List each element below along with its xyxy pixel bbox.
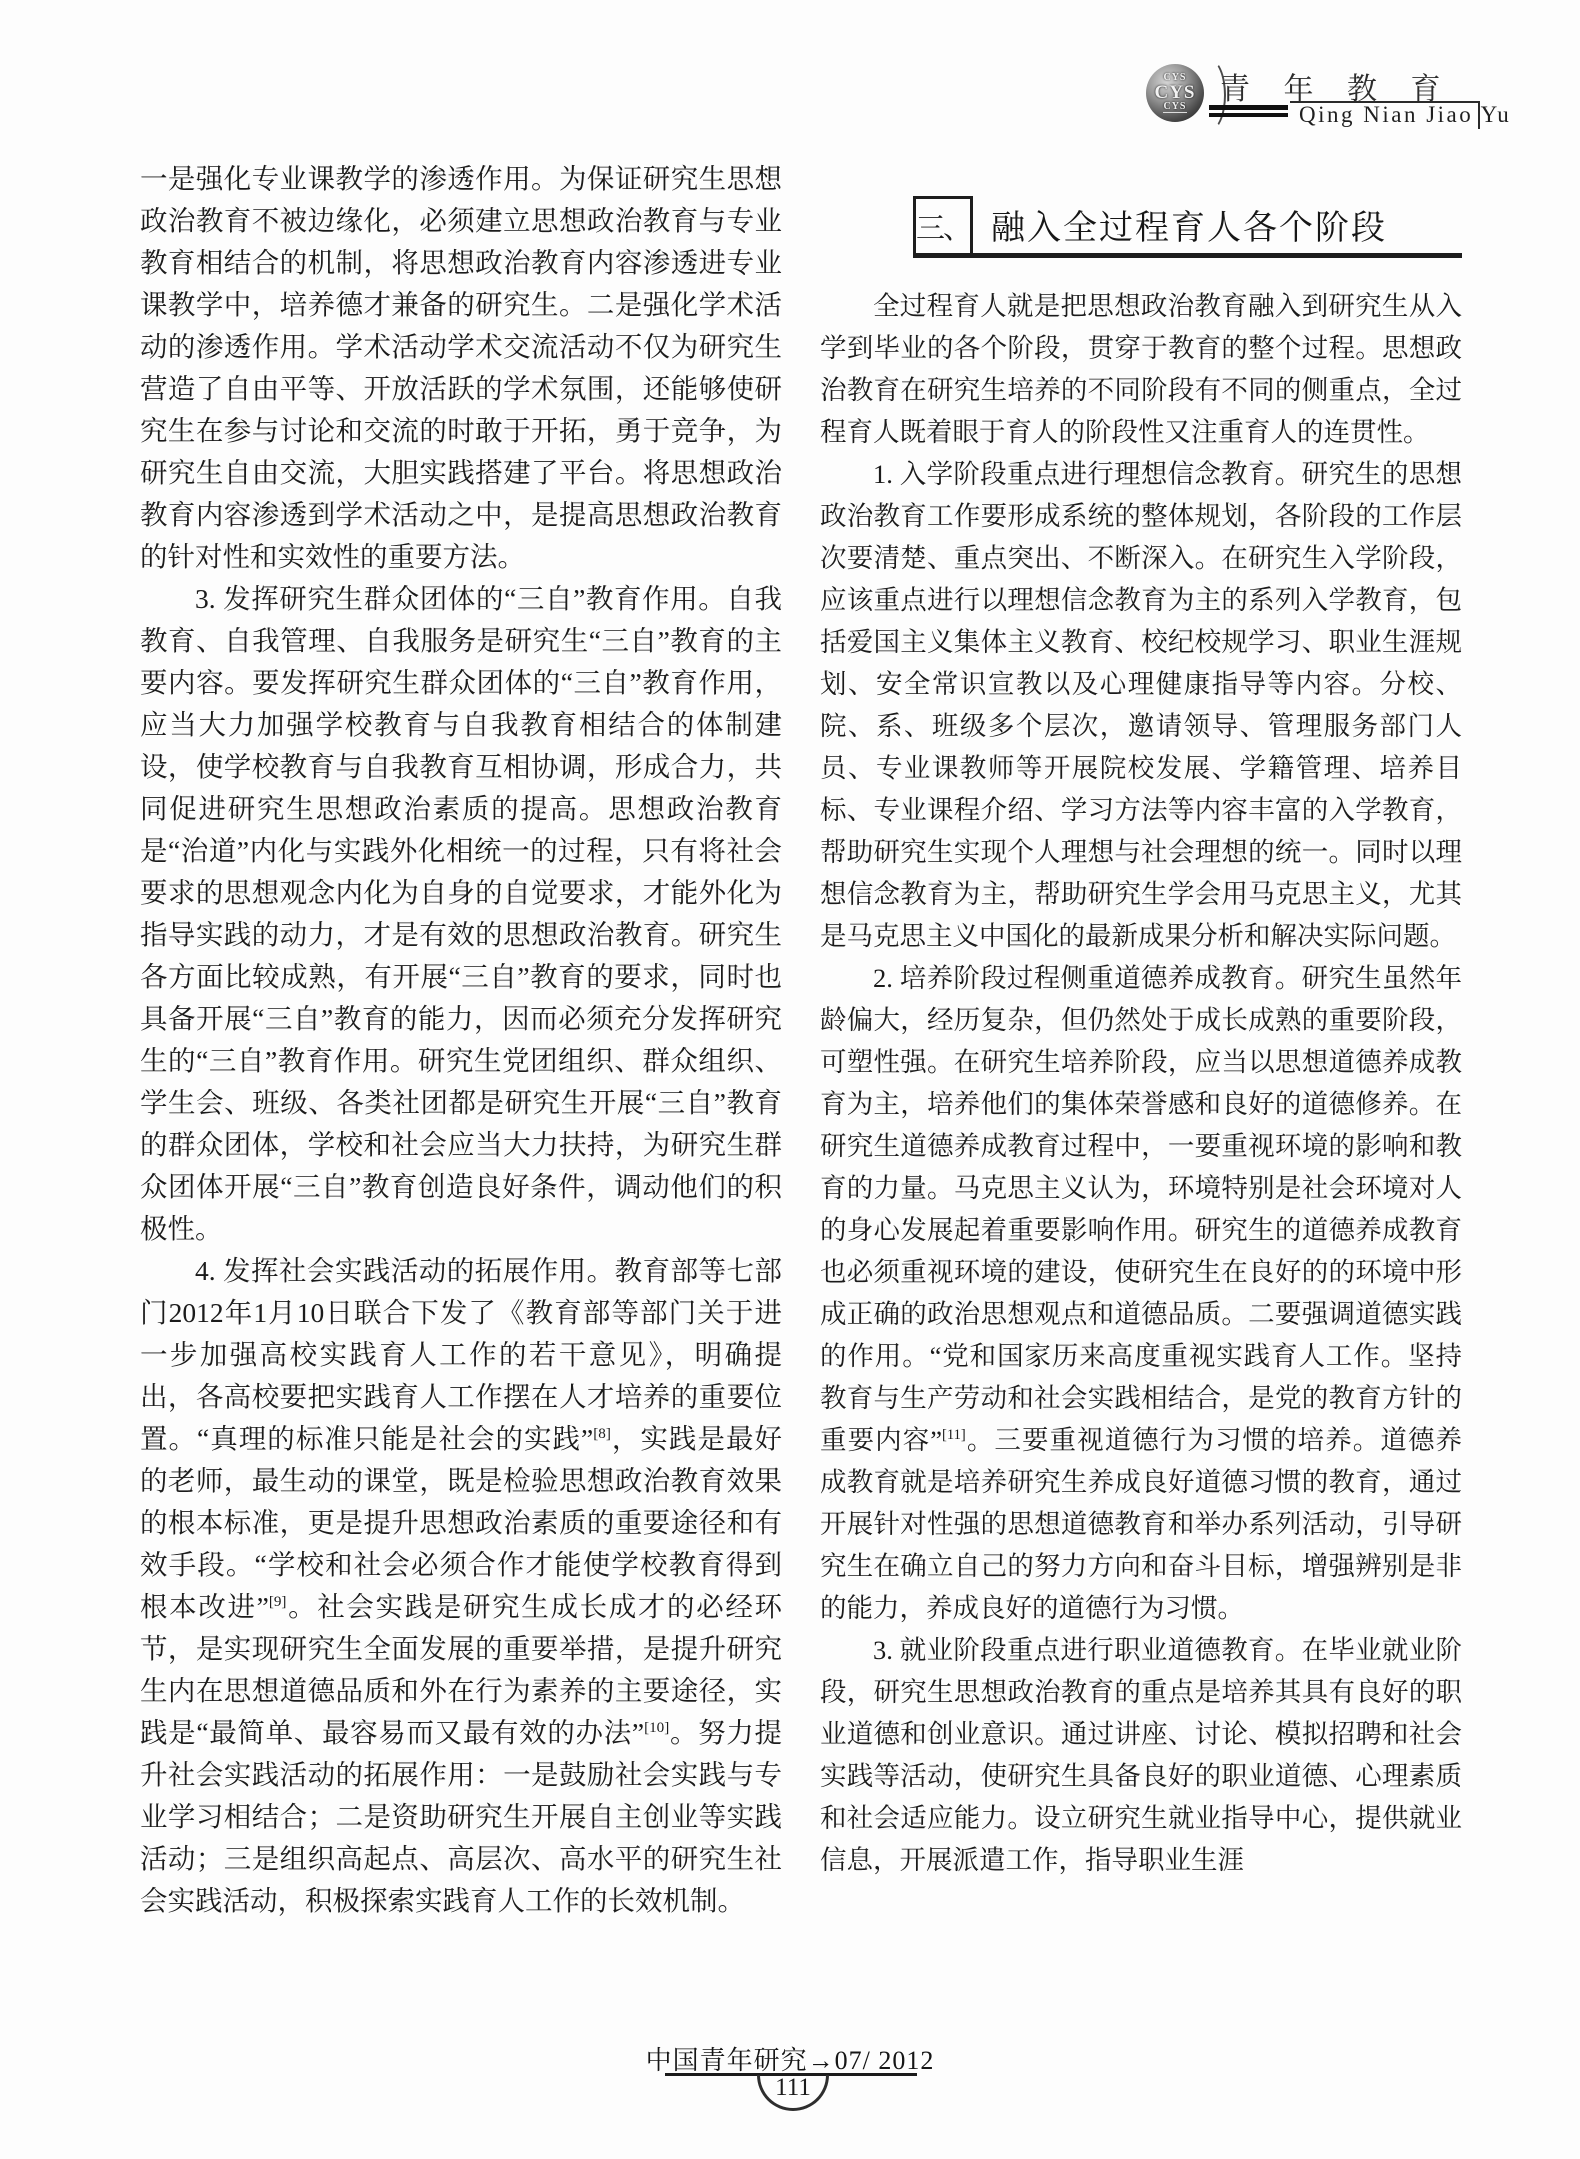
journal-page: CYS CYS CYS 青 年 教 育 Qing Nian Jiao Yu 一是… <box>0 0 1580 2159</box>
header-rule-bar <box>1209 105 1288 110</box>
section-number-box: 三、 <box>913 196 973 253</box>
paragraph: 4. 发挥社会实践活动的拓展作用。教育部等七部门2012年1月10日联合下发了《… <box>140 1250 782 1922</box>
header-double-rule <box>1209 105 1288 120</box>
paragraph: 2. 培养阶段过程侧重道德养成教育。研究生虽然年龄偏大，经历复杂，但仍然处于成长… <box>820 957 1462 1629</box>
header-rule-bar <box>1209 113 1288 118</box>
section-heading: 三、 融入全过程育人各个阶段 <box>913 196 1462 258</box>
paragraph: 3. 发挥研究生群众团体的“三自”教育作用。自我教育、自我管理、自我服务是研究生… <box>140 578 782 1250</box>
right-column: 全过程育人就是把思想政治教育融入到研究生从入学到毕业的各个阶段，贯穿于教育的整个… <box>820 285 1462 1881</box>
left-column: 一是强化专业课教学的渗透作用。为保证研究生思想政治教育不被边缘化，必须建立思想政… <box>140 158 782 1922</box>
page-number: 111 <box>757 2075 829 2111</box>
paragraph: 全过程育人就是把思想政治教育融入到研究生从入学到毕业的各个阶段，贯穿于教育的整个… <box>820 285 1462 453</box>
footer-journal-line: 中国青年研究→07/ 2012 <box>0 2040 1580 2077</box>
section-title: 融入全过程育人各个阶段 <box>991 200 1387 249</box>
paragraph: 3. 就业阶段重点进行职业道德教育。在毕业就业阶段，研究生思想政治教育的重点是培… <box>820 1629 1462 1881</box>
paragraph: 1. 入学阶段重点进行理想信念教育。研究生的思想政治教育工作要形成系统的整体规划… <box>820 453 1462 957</box>
journal-title-pinyin: Qing Nian Jiao Yu <box>1299 102 1511 128</box>
journal-logo-text-mid: CYS <box>1154 83 1195 102</box>
paragraph: 一是强化专业课教学的渗透作用。为保证研究生思想政治教育不被边缘化，必须建立思想政… <box>140 158 782 578</box>
journal-logo-text-bottom: CYS <box>1163 102 1186 113</box>
